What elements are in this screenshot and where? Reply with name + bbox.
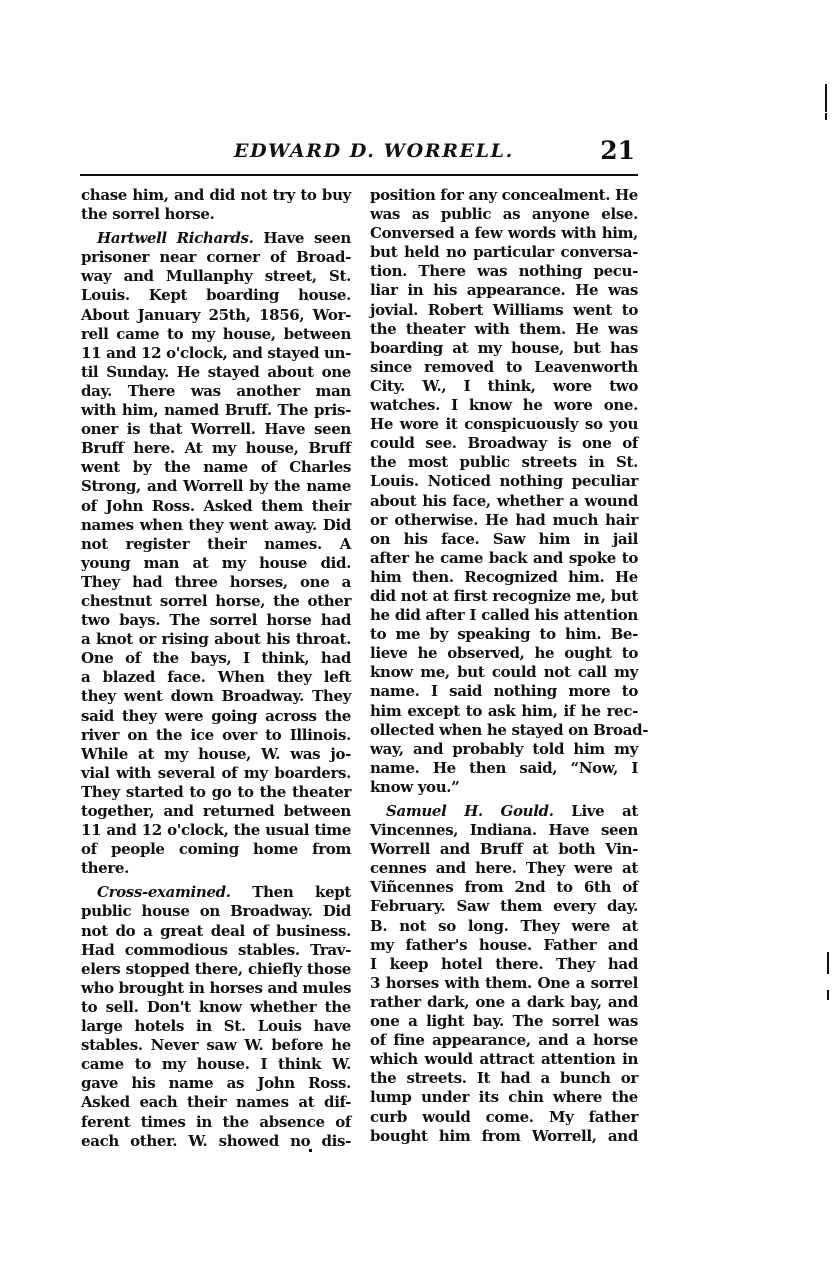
line-text: who brought in horses and mules (81, 979, 351, 997)
line-text: chase him, and did not try to buy (81, 186, 351, 204)
header-rule (80, 174, 638, 176)
left-column: chase him, and did not try to buythe sor… (81, 186, 351, 1151)
line-text: or otherwise. He had much hair (370, 511, 638, 529)
text-line: vial with several of my boarders. (81, 764, 351, 783)
line-text: chestnut sorrel horse, the other (81, 592, 351, 610)
line-text: B. not so long. They were at (370, 917, 638, 935)
text-line: boarding at my house, but has (370, 339, 638, 358)
text-line: While at my house, W. was jo- (81, 745, 351, 764)
witness-name: Hartwell Richards. (97, 229, 253, 247)
page-number: 21 (600, 136, 635, 165)
text-line: public house on Broadway. Did (81, 902, 351, 921)
line-text: Worrell and Bruff at both Vin- (370, 840, 638, 858)
text-line: curb would come. My father (370, 1108, 638, 1127)
line-text: He wore it conspicuously so you (370, 415, 638, 433)
text-line: City. W., I think, wore two (370, 377, 638, 396)
text-line: know you.” (370, 778, 638, 797)
witness-name: Cross-examined. (97, 883, 231, 901)
line-text: was as public as anyone else. (370, 205, 638, 223)
text-line: bought him from Worrell, and (370, 1127, 638, 1146)
text-line: chase him, and did not try to buy (81, 186, 351, 205)
text-line: two bays. The sorrel horse had (81, 611, 351, 630)
text-line: could see. Broadway is one of (370, 434, 638, 453)
line-text: know me, but could not call my (370, 663, 638, 681)
text-line: ollected when he stayed on Broad- (370, 721, 638, 740)
text-line: on his face. Saw him in jail (370, 530, 638, 549)
line-text: on his face. Saw him in jail (370, 530, 638, 548)
line-text: elers stopped there, chiefly those (81, 960, 351, 978)
line-text: lieve he observed, he ought to (370, 644, 638, 662)
text-line: About January 25th, 1856, Wor- (81, 306, 351, 325)
text-line: about his face, whether a wound (370, 492, 638, 511)
scan-edge-mark (825, 113, 827, 120)
line-text: way, and probably told him my (370, 740, 638, 758)
text-line: name. I said nothing more to (370, 682, 638, 701)
line-text: one a light bay. The sorrel was (370, 1012, 638, 1030)
line-text: large hotels in St. Louis have (81, 1017, 351, 1035)
text-line: 11 and 12 o'clock, the usual time (81, 821, 351, 840)
text-line: position for any concealment. He (370, 186, 638, 205)
line-text: with him, named Bruff. The pris- (81, 401, 351, 419)
line-text: went by the name of Charles (81, 458, 351, 476)
line-text: 3 horses with them. One a sorrel (370, 974, 638, 992)
text-line: the most public streets in St. (370, 453, 638, 472)
line-text: til Sunday. He stayed about one (81, 363, 351, 381)
text-line: One of the bays, I think, had (81, 649, 351, 668)
text-line: names when they went away. Did (81, 516, 351, 535)
text-line: which would attract attention in (370, 1050, 638, 1069)
line-text: curb would come. My father (370, 1108, 638, 1126)
line-text: could see. Broadway is one of (370, 434, 638, 452)
line-text: came to my house. I think W. (81, 1055, 351, 1073)
line-text: bought him from Worrell, and (370, 1127, 638, 1145)
text-line: of fine appearance, and a horse (370, 1031, 638, 1050)
text-line: after he came back and spoke to (370, 549, 638, 568)
line-text: vial with several of my boarders. (81, 764, 351, 782)
page-header: EDWARD D. WORRELL. 21 (80, 138, 635, 168)
text-line: not register their names. A (81, 535, 351, 554)
text-line: or otherwise. He had much hair (370, 511, 638, 530)
text-line: who brought in horses and mules (81, 979, 351, 998)
line-text: the theater with them. He was (370, 320, 638, 338)
text-line: went by the name of Charles (81, 458, 351, 477)
line-text: about his face, whether a wound (370, 492, 638, 510)
line-text: know you.” (370, 778, 459, 796)
line-text: the most public streets in St. (370, 453, 638, 471)
text-line: the streets. It had a bunch or (370, 1069, 638, 1088)
line-text: they went down Broadway. They (81, 687, 351, 705)
right-column: position for any concealment. Hewas as p… (370, 186, 638, 1146)
line-text: the sorrel horse. (81, 205, 214, 223)
text-line: til Sunday. He stayed about one (81, 363, 351, 382)
text-line: lieve he observed, he ought to (370, 644, 638, 663)
text-line: him then. Recognized him. He (370, 568, 638, 587)
line-text: public house on Broadway. Did (81, 902, 351, 920)
text-line: to sell. Don't know whether the (81, 998, 351, 1017)
scan-edge-mark (825, 84, 827, 112)
line-text: 11 and 12 o'clock, the usual time (81, 821, 351, 839)
line-text: a knot or rising about his throat. (81, 630, 351, 648)
line-text: to me by speaking to him. Be- (370, 625, 638, 643)
line-text: not do a great deal of business. (81, 922, 351, 940)
line-text: him then. Recognized him. He (370, 568, 638, 586)
text-line: They started to go to the theater (81, 783, 351, 802)
text-line: Louis. Noticed nothing peculiar (370, 472, 638, 491)
text-line: he did after I called his attention (370, 606, 638, 625)
line-text: I keep hotel there. They had (370, 955, 638, 973)
line-text: One of the bays, I think, had (81, 649, 351, 667)
text-line: they went down Broadway. They (81, 687, 351, 706)
text-line: since removed to Leavenworth (370, 358, 638, 377)
scan-edge-mark (827, 952, 829, 974)
line-text: day. There was another man (81, 382, 351, 400)
line-text: name. He then said, “Now, I (370, 759, 638, 777)
text-line: liar in his appearance. He was (370, 281, 638, 300)
text-line: of people coming home from (81, 840, 351, 859)
text-line: rell came to my house, between (81, 325, 351, 344)
text-line: way and Mullanphy street, St. (81, 267, 351, 286)
text-line: one a light bay. The sorrel was (370, 1012, 638, 1031)
line-text: my father's house. Father and (370, 936, 638, 954)
text-line: day. There was another man (81, 382, 351, 401)
text-line: my father's house. Father and (370, 936, 638, 955)
text-line: Had commodious stables. Trav- (81, 941, 351, 960)
line-text: him except to ask him, if he rec- (370, 702, 638, 720)
line-text: rell came to my house, between (81, 325, 351, 343)
line-text: said they were going across the (81, 707, 351, 725)
line-text: watches. I know he wore one. (370, 396, 638, 414)
line-text: jovial. Robert Williams went to (370, 301, 638, 319)
line-text: rather dark, one a dark bay, and (370, 993, 638, 1011)
text-line: the theater with them. He was (370, 320, 638, 339)
line-text: young man at my house did. (81, 554, 351, 572)
line-text: of fine appearance, and a horse (370, 1031, 638, 1049)
text-line: name. He then said, “Now, I (370, 759, 638, 778)
line-text: there. (81, 859, 129, 877)
text-line: elers stopped there, chiefly those (81, 960, 351, 979)
line-text: Asked each their names at dif- (81, 1093, 351, 1111)
text-line: each other. W. showed no dis- (81, 1132, 351, 1151)
line-text: since removed to Leavenworth (370, 358, 638, 376)
line-text: way and Mullanphy street, St. (81, 267, 351, 285)
line-text: ferent times in the absence of (81, 1113, 351, 1131)
line-text: Live at (554, 802, 638, 820)
text-line: Bruff here. At my house, Bruff (81, 439, 351, 458)
line-text: They had three horses, one a (81, 573, 351, 591)
text-line: He wore it conspicuously so you (370, 415, 638, 434)
line-text: boarding at my house, but has (370, 339, 638, 357)
line-text: but held no particular conversa- (370, 243, 638, 261)
text-line: oner is that Worrell. Have seen (81, 420, 351, 439)
line-text: a blazed face. When they left (81, 668, 351, 686)
line-text: which would attract attention in (370, 1050, 638, 1068)
text-line: said they were going across the (81, 707, 351, 726)
text-line: watches. I know he wore one. (370, 396, 638, 415)
line-text: ollected when he stayed on Broad- (370, 721, 648, 739)
line-text: 11 and 12 o'clock, and stayed un- (81, 344, 351, 362)
text-line: Vincennes, Indiana. Have seen (370, 821, 638, 840)
line-text: tion. There was nothing pecu- (370, 262, 638, 280)
text-line: ferent times in the absence of (81, 1113, 351, 1132)
text-line: a knot or rising about his throat. (81, 630, 351, 649)
line-text: gave his name as John Ross. (81, 1074, 351, 1092)
text-line: jovial. Robert Williams went to (370, 301, 638, 320)
text-line: Strong, and Worrell by the name (81, 477, 351, 496)
line-text: Then kept (231, 883, 351, 901)
text-line: large hotels in St. Louis have (81, 1017, 351, 1036)
text-line: Louis. Kept boarding house. (81, 286, 351, 305)
line-text: he did after I called his attention (370, 606, 638, 624)
text-line: young man at my house did. (81, 554, 351, 573)
text-line: Asked each their names at dif- (81, 1093, 351, 1112)
line-text: Louis. Noticed nothing peculiar (370, 472, 638, 490)
line-text: City. W., I think, wore two (370, 377, 638, 395)
line-text: two bays. The sorrel horse had (81, 611, 351, 629)
scan-speck (309, 1149, 312, 1152)
text-line: did not at first recognize me, but (370, 587, 638, 606)
running-title: EDWARD D. WORRELL. (234, 140, 514, 162)
text-line: of John Ross. Asked them their (81, 497, 351, 516)
text-line: B. not so long. They were at (370, 917, 638, 936)
witness-paragraph-start: Hartwell Richards. Have seen (81, 229, 351, 248)
text-line: tion. There was nothing pecu- (370, 262, 638, 281)
line-text: About January 25th, 1856, Wor- (81, 306, 351, 324)
line-text: name. I said nothing more to (370, 682, 638, 700)
line-text: oner is that Worrell. Have seen (81, 420, 351, 438)
text-line: with him, named Bruff. The pris- (81, 401, 351, 420)
text-line: gave his name as John Ross. (81, 1074, 351, 1093)
text-line: the sorrel horse. (81, 205, 351, 224)
line-text: Strong, and Worrell by the name (81, 477, 351, 495)
text-line: rather dark, one a dark bay, and (370, 993, 638, 1012)
witness-name: Samuel H. Gould. (386, 802, 554, 820)
text-line: chestnut sorrel horse, the other (81, 592, 351, 611)
text-line: together, and returned between (81, 802, 351, 821)
text-line: to me by speaking to him. Be- (370, 625, 638, 644)
line-text: position for any concealment. He (370, 186, 638, 204)
text-line: know me, but could not call my (370, 663, 638, 682)
line-text: did not at first recognize me, but (370, 587, 638, 605)
line-text: lump under its chin where the (370, 1088, 638, 1106)
text-line: cennes and here. They were at (370, 859, 638, 878)
witness-paragraph-start: Cross-examined. Then kept (81, 883, 351, 902)
line-text: to sell. Don't know whether the (81, 998, 351, 1016)
text-line: but held no particular conversa- (370, 243, 638, 262)
scan-edge-mark (827, 990, 829, 1000)
text-line: prisoner near corner of Broad- (81, 248, 351, 267)
line-text: cennes and here. They were at (370, 859, 638, 877)
line-text: Louis. Kept boarding house. (81, 286, 351, 304)
text-line: a blazed face. When they left (81, 668, 351, 687)
text-line: 3 horses with them. One a sorrel (370, 974, 638, 993)
line-text: While at my house, W. was jo- (81, 745, 351, 763)
line-text: not register their names. A (81, 535, 351, 553)
line-text: stables. Never saw W. before he (81, 1036, 351, 1054)
text-line: I keep hotel there. They had (370, 955, 638, 974)
line-text: Have seen (253, 229, 351, 247)
text-line: February. Saw them every day. (370, 897, 638, 916)
line-text: the streets. It had a bunch or (370, 1069, 638, 1087)
text-line: him except to ask him, if he rec- (370, 702, 638, 721)
text-line: Conversed a few words with him, (370, 224, 638, 243)
text-line: 11 and 12 o'clock, and stayed un- (81, 344, 351, 363)
line-text: Conversed a few words with him, (370, 224, 638, 242)
text-line: not do a great deal of business. (81, 922, 351, 941)
line-text: of John Ross. Asked them their (81, 497, 351, 515)
line-text: liar in his appearance. He was (370, 281, 638, 299)
text-line: They had three horses, one a (81, 573, 351, 592)
line-text: each other. W. showed no dis- (81, 1132, 351, 1150)
witness-paragraph-start: Samuel H. Gould. Live at (370, 802, 638, 821)
line-text: river on the ice over to Illinois. (81, 726, 351, 744)
text-line: was as public as anyone else. (370, 205, 638, 224)
line-text: after he came back and spoke to (370, 549, 638, 567)
text-line: lump under its chin where the (370, 1088, 638, 1107)
line-text: February. Saw them every day. (370, 897, 638, 915)
text-line: river on the ice over to Illinois. (81, 726, 351, 745)
line-text: of people coming home from (81, 840, 351, 858)
line-text: names when they went away. Did (81, 516, 351, 534)
text-line: there. (81, 859, 351, 878)
line-text: Vincennes, Indiana. Have seen (370, 821, 638, 839)
line-text: They started to go to the theater (81, 783, 351, 801)
line-text: Had commodious stables. Trav- (81, 941, 351, 959)
text-line: way, and probably told him my (370, 740, 638, 759)
text-line: stables. Never saw W. before he (81, 1036, 351, 1055)
text-line: Worrell and Bruff at both Vin- (370, 840, 638, 859)
line-text: Viñcennes from 2nd to 6th of (370, 878, 638, 896)
text-line: Viñcennes from 2nd to 6th of (370, 878, 638, 897)
line-text: together, and returned between (81, 802, 351, 820)
text-line: came to my house. I think W. (81, 1055, 351, 1074)
line-text: prisoner near corner of Broad- (81, 248, 351, 266)
line-text: Bruff here. At my house, Bruff (81, 439, 351, 457)
